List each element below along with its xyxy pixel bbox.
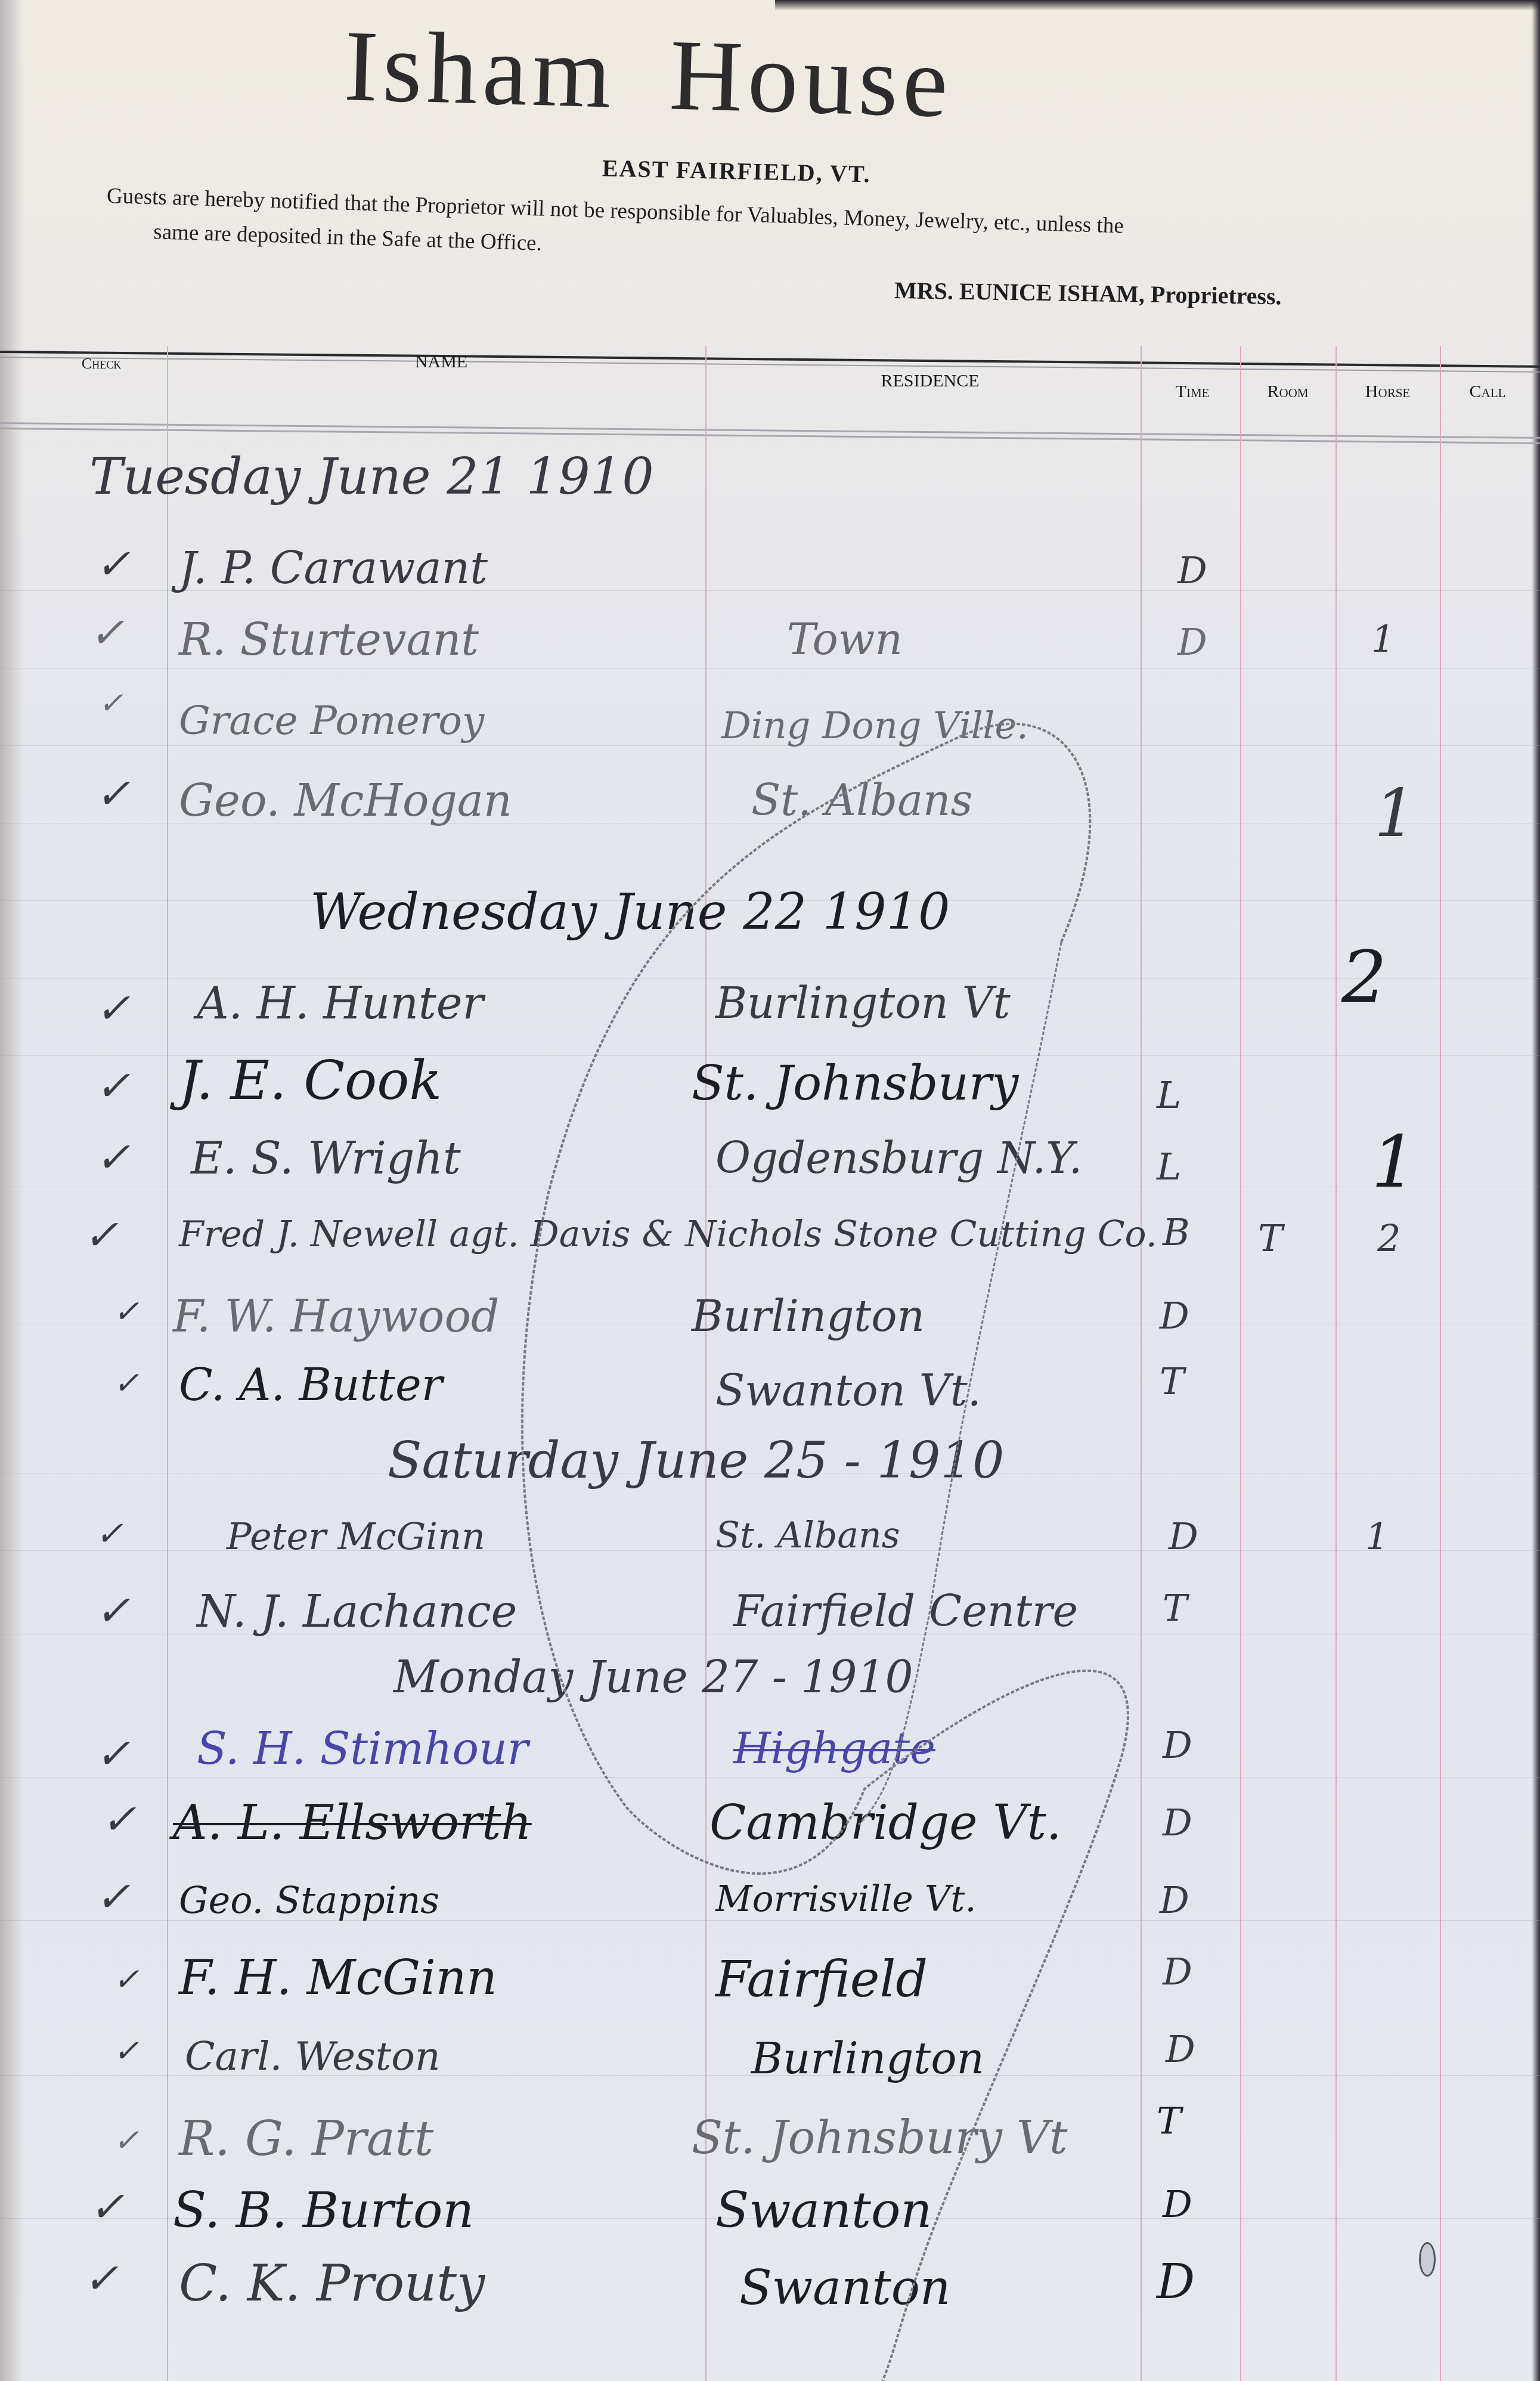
guest-residence: Cambridge Vt.	[709, 1795, 1061, 1850]
check-mark: ✓	[113, 2123, 140, 2159]
check-mark: ✓	[95, 1586, 131, 1635]
guest-name: R. G. Pratt	[179, 2111, 433, 2166]
liability-notice: Guests are hereby notified that the Prop…	[106, 179, 1442, 287]
check-mark: ✓	[113, 2033, 140, 2069]
hotel-title: Isham House	[343, 15, 1204, 140]
column-header-horse: Horse	[1338, 382, 1437, 402]
guest-name: E. S. Wright	[191, 1133, 461, 1184]
horse-count: 2	[1341, 936, 1387, 1019]
ruled-line	[0, 1777, 1540, 1778]
column-divider	[1440, 346, 1441, 2381]
guest-name: S. H. Stimhour	[197, 1723, 528, 1775]
date-heading: Monday June 27 - 1910	[393, 1652, 913, 1703]
guest-residence: Burlington Vt	[715, 978, 1011, 1028]
check-mark: ✓	[95, 1133, 131, 1182]
guest-residence: Swanton	[715, 2182, 932, 2239]
check-mark: ✓	[113, 1294, 140, 1330]
guest-name: F. H. McGinn	[179, 1950, 497, 2005]
check-mark: ✓	[95, 540, 131, 589]
guest-name: A. H. Hunter	[197, 978, 484, 1029]
header-rule-bottom	[0, 422, 1540, 444]
time-mark: D	[1178, 620, 1207, 664]
check-mark: ✓	[95, 1061, 131, 1110]
column-header-name: NAME	[370, 352, 513, 372]
guest-name: R. Sturtevant	[179, 614, 479, 665]
guest-residence: Swanton Vt.	[715, 1366, 981, 1416]
guest-name: Grace Pomeroy	[179, 698, 484, 744]
column-header-room: Room	[1243, 382, 1333, 402]
check-mark: ✓	[113, 1366, 140, 1401]
guest-name: Geo. McHogan	[179, 775, 512, 826]
check-mark: ✓	[95, 769, 131, 818]
ruled-line	[0, 668, 1540, 668]
time-mark: D	[1166, 2027, 1195, 2071]
guest-residence: Town	[787, 614, 903, 664]
guest-residence: Fairfield Centre	[733, 1586, 1078, 1636]
time-mark: D	[1163, 1950, 1192, 1993]
guest-name: S. B. Burton	[173, 2182, 474, 2239]
time-mark: D	[1169, 1515, 1198, 1558]
time-mark: D	[1163, 2182, 1192, 2226]
time-mark: D	[1160, 1878, 1189, 1922]
ruled-line	[0, 1187, 1540, 1187]
time-mark: D	[1157, 2254, 1195, 2309]
check-mark: ✓	[83, 2254, 119, 2303]
time-mark: D	[1178, 549, 1207, 592]
check-mark: ✓	[83, 1210, 119, 1259]
check-mark: ✓	[89, 608, 125, 657]
guest-residence: St. Albans	[751, 775, 972, 825]
page-top-edge	[775, 0, 1540, 11]
column-header-time: Time	[1148, 382, 1237, 402]
column-divider	[1240, 346, 1241, 2381]
guest-residence: Swanton	[739, 2260, 950, 2315]
time-mark: D	[1163, 1723, 1192, 1767]
check-mark: ✓	[98, 686, 123, 720]
guest-residence: Highgate	[733, 1723, 935, 1773]
guest-residence: St. Albans	[715, 1515, 900, 1556]
guest-name: C. K. Prouty	[179, 2254, 485, 2312]
date-heading: Saturday June 25 - 1910	[388, 1431, 1004, 1490]
guest-residence: St. Johnsbury Vt	[692, 2111, 1068, 2164]
time-mark: T	[1160, 1360, 1184, 1403]
guest-residence: Ogdensburg N.Y.	[715, 1133, 1082, 1183]
register-page: Isham House EAST FAIRFIELD, VT. Guests a…	[0, 0, 1540, 2381]
column-divider	[705, 346, 707, 2381]
column-divider	[1336, 346, 1337, 2381]
guest-residence: Fairfield	[715, 1950, 928, 2008]
column-divider	[1141, 346, 1142, 2381]
guest-name: A. L. Ellsworth	[173, 1795, 532, 1850]
column-header-call: Call	[1443, 382, 1532, 402]
check-mark: ✓	[95, 1729, 131, 1778]
header-rule-top	[0, 351, 1540, 373]
guest-residence: Burlington	[692, 1291, 925, 1341]
guest-name: Fred J. Newell agt. Davis & Nichols Ston…	[179, 1213, 1157, 1255]
time-mark: T	[1157, 2099, 1181, 2142]
guest-name: J. P. Carawant	[179, 543, 488, 594]
paper-hole	[1419, 2242, 1436, 2277]
page-right-edge	[1532, 0, 1540, 2381]
guest-name: F. W. Haywood	[173, 1291, 499, 1342]
time-mark: D	[1160, 1294, 1189, 1337]
check-mark: ✓	[95, 984, 131, 1033]
guest-name: C. A. Butter	[179, 1360, 442, 1411]
hotel-location: EAST FAIRFIELD, VT.	[602, 154, 960, 190]
horse-count: 1	[1371, 1121, 1417, 1204]
guest-residence: St. Johnsbury	[692, 1055, 1018, 1111]
date-heading: Tuesday June 21 1910	[89, 447, 654, 506]
time-mark: D	[1163, 1801, 1192, 1844]
time-mark: B	[1163, 1210, 1190, 1254]
guest-residence: Morrisville Vt.	[715, 1878, 976, 1920]
column-header-check: Check	[60, 355, 143, 373]
check-mark: ✓	[95, 1515, 123, 1553]
guest-name: Geo. Stappins	[179, 1878, 439, 1922]
date-heading: Wednesday June 22 1910	[310, 883, 950, 941]
horse-count: 1	[1374, 775, 1416, 852]
check-mark: ✓	[113, 1962, 140, 1998]
room-mark: T	[1258, 1216, 1282, 1260]
time-mark: L	[1157, 1145, 1181, 1188]
time-mark: L	[1157, 1073, 1181, 1117]
guest-name: J. E. Cook	[179, 1049, 442, 1112]
check-mark: ✓	[95, 1872, 131, 1921]
guest-name: Carl. Weston	[185, 2033, 441, 2079]
column-divider	[167, 346, 168, 2381]
horse-count: 2	[1377, 1216, 1400, 1260]
horse-count: 1	[1365, 1515, 1389, 1558]
check-mark: ✓	[101, 1795, 137, 1844]
guest-residence: Burlington	[751, 2033, 984, 2083]
horse-count: 1	[1371, 617, 1395, 661]
guest-name: Peter McGinn	[227, 1515, 485, 1558]
column-header-residence: RESIDENCE	[835, 371, 1025, 391]
check-mark: ✓	[89, 2182, 125, 2231]
time-mark: T	[1163, 1586, 1187, 1630]
guest-name: N. J. Lachance	[197, 1586, 517, 1637]
guest-residence: Ding Dong Ville.	[721, 704, 1028, 747]
